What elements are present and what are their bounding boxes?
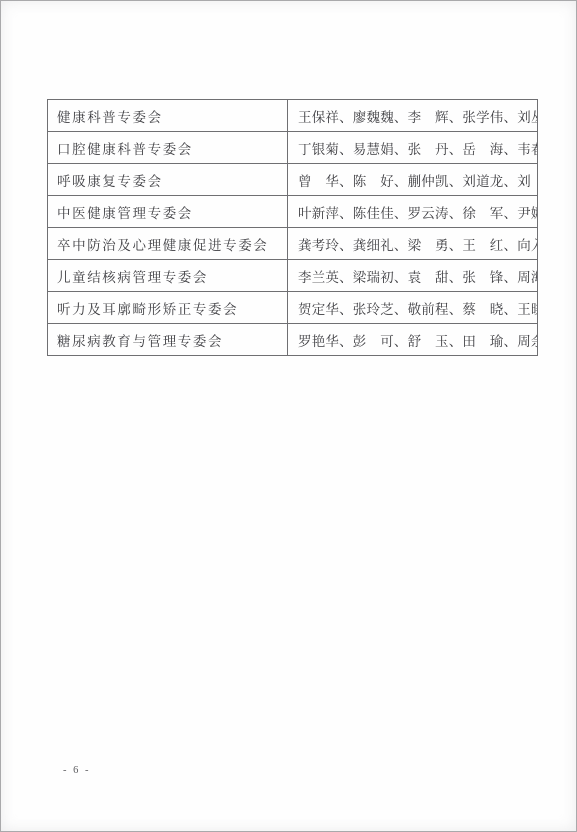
- table-row: 健康科普专委会 王保祥、廖魏魏、李 辉、张学伟、刘丛芳: [48, 100, 537, 132]
- table-row: 口腔健康科普专委会 丁银菊、易慧娟、张 丹、岳 海、韦春桃: [48, 132, 537, 164]
- committee-cell: 儿童结核病管理专委会: [48, 260, 288, 291]
- page-number: - 6 -: [63, 765, 91, 776]
- members-cell: 曾 华、陈 好、蒯仲凯、刘道龙、刘 艳: [288, 164, 537, 195]
- committee-cell: 中医健康管理专委会: [48, 196, 288, 227]
- document-page: 健康科普专委会 王保祥、廖魏魏、李 辉、张学伟、刘丛芳 口腔健康科普专委会 丁银…: [0, 0, 577, 832]
- members-cell: 叶新萍、陈佳佳、罗云涛、徐 军、尹娜娜: [288, 196, 537, 227]
- table-row: 听力及耳廓畸形矫正专委会 贺定华、张玲芝、敬前程、蔡 晓、王晓丽: [48, 292, 537, 324]
- members-cell: 罗艳华、彭 可、舒 玉、田 瑜、周余辉: [288, 324, 537, 355]
- committee-cell: 呼吸康复专委会: [48, 164, 288, 195]
- members-cell: 李兰英、梁瑞初、袁 甜、张 锋、周海依: [288, 260, 537, 291]
- committee-member-table: 健康科普专委会 王保祥、廖魏魏、李 辉、张学伟、刘丛芳 口腔健康科普专委会 丁银…: [47, 99, 538, 356]
- members-cell: 贺定华、张玲芝、敬前程、蔡 晓、王晓丽: [288, 292, 537, 323]
- table-row: 中医健康管理专委会 叶新萍、陈佳佳、罗云涛、徐 军、尹娜娜: [48, 196, 537, 228]
- committee-cell: 卒中防治及心理健康促进专委会: [48, 228, 288, 259]
- committee-cell: 听力及耳廓畸形矫正专委会: [48, 292, 288, 323]
- table-row: 糖尿病教育与管理专委会 罗艳华、彭 可、舒 玉、田 瑜、周余辉: [48, 324, 537, 355]
- members-cell: 丁银菊、易慧娟、张 丹、岳 海、韦春桃: [288, 132, 537, 163]
- members-cell: 龚考玲、龚细礼、梁 勇、王 红、向入平: [288, 228, 537, 259]
- table-row: 卒中防治及心理健康促进专委会 龚考玲、龚细礼、梁 勇、王 红、向入平: [48, 228, 537, 260]
- committee-cell: 糖尿病教育与管理专委会: [48, 324, 288, 355]
- table-row: 儿童结核病管理专委会 李兰英、梁瑞初、袁 甜、张 锋、周海依: [48, 260, 537, 292]
- committee-cell: 口腔健康科普专委会: [48, 132, 288, 163]
- table-row: 呼吸康复专委会 曾 华、陈 好、蒯仲凯、刘道龙、刘 艳: [48, 164, 537, 196]
- committee-cell: 健康科普专委会: [48, 100, 288, 131]
- members-cell: 王保祥、廖魏魏、李 辉、张学伟、刘丛芳: [288, 100, 537, 131]
